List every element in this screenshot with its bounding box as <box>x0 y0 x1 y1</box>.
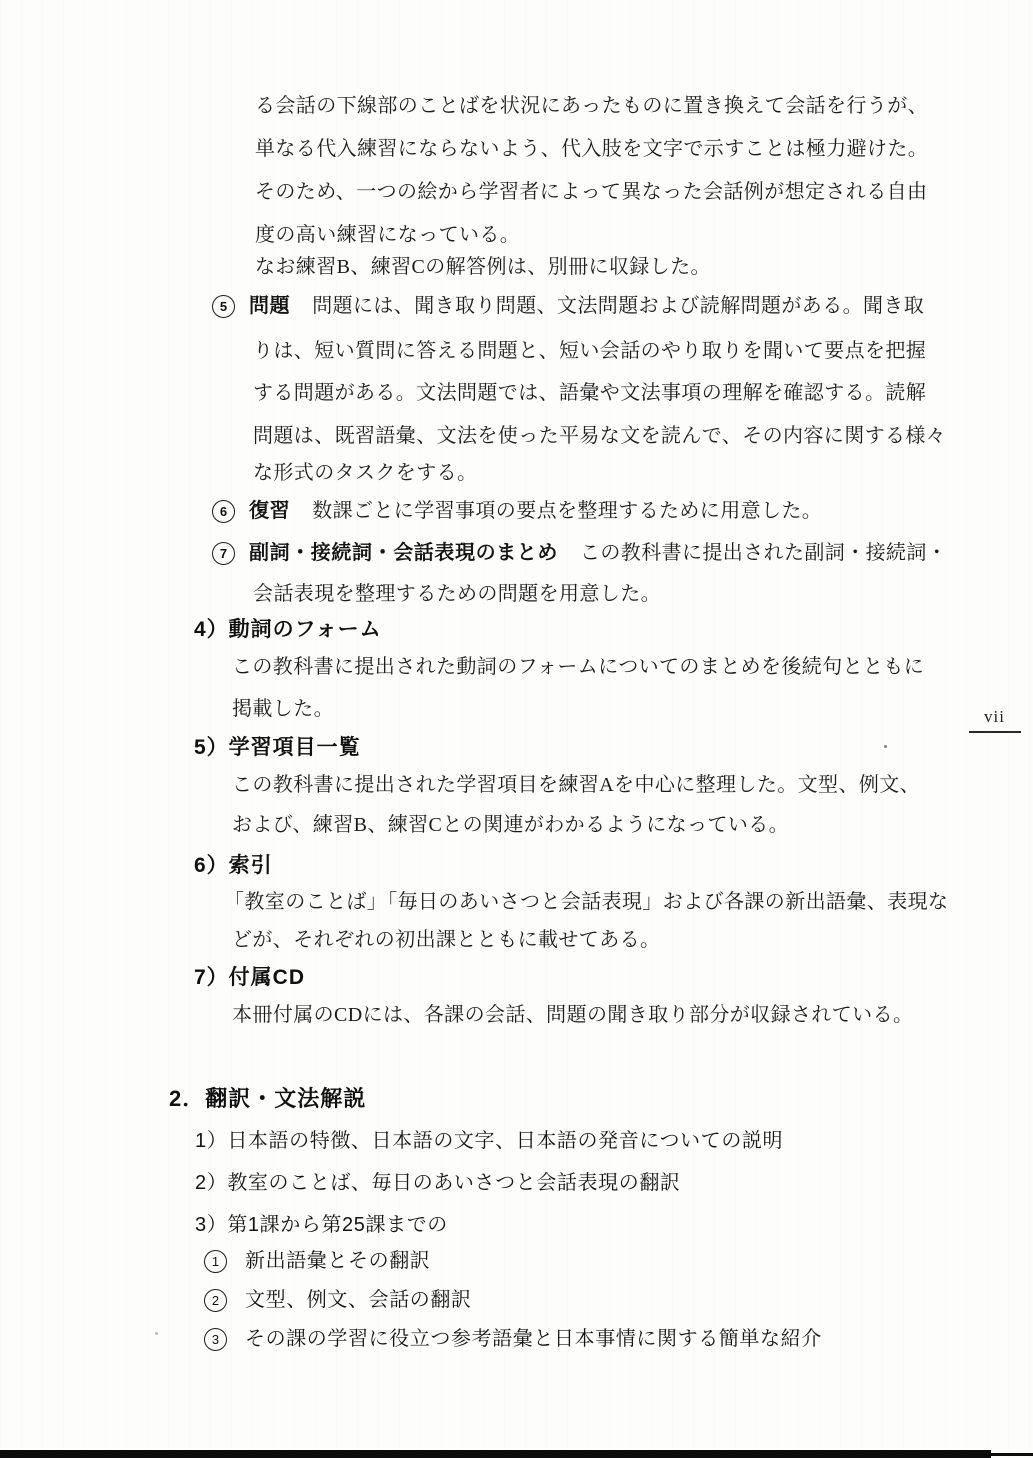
document-page: { "page_number": "vii", "intro": { "line… <box>0 0 1033 1458</box>
section-text-line: および、練習B、練習Cとの関連がわかるようになっている。 <box>232 811 789 839</box>
page-number: vii <box>984 703 1005 731</box>
scan-speck <box>884 745 887 748</box>
circled-number-1-icon: 1 <box>204 1250 227 1273</box>
section-text-line: この教科書に提出された学習項目を練習Aを中心に整理した。文型、例文、 <box>232 771 920 799</box>
subitem-text: その課の学習に役立つ参考語彙と日本事情に関する簡単な紹介 <box>245 1325 822 1353</box>
circled-number-7-icon: 7 <box>212 542 235 565</box>
section-text-line: どが、それぞれの初出課とともに載せてある。 <box>232 926 660 954</box>
list-subitem-1: 1 新出語彙とその翻訳 <box>204 1247 430 1275</box>
item-label: 副詞・接続詞・会話表現のまとめ <box>249 539 558 567</box>
list-subitem-2: 2 文型、例文、会話の翻訳 <box>204 1286 472 1314</box>
item-text: この教科書に提出された副詞・接続詞・ <box>580 539 947 567</box>
page-number-underline <box>969 731 1021 733</box>
section-text-line: 「教室のことば」「毎日のあいさつと会話表現」および各課の新出語彙、表現な <box>224 888 948 916</box>
section2-item: 3）第1課から第25課までの <box>195 1211 448 1239</box>
item-label: 復習 <box>249 497 290 525</box>
list-item-5: 5 問題 問題には、聞き取り問題、文法問題および読解問題がある。聞き取 <box>212 292 924 320</box>
section-heading-5: 5）学習項目一覧 <box>194 731 361 761</box>
section-heading-4: 4）動詞のフォーム <box>194 613 382 643</box>
item-text-line: な形式のタスクをする。 <box>253 459 477 487</box>
item-text: 数課ごとに学習事項の要点を整理するために用意した。 <box>312 497 822 525</box>
section-heading-2: 2．翻訳・文法解説 <box>169 1082 366 1113</box>
section-text-line: この教科書に提出された動詞のフォームについてのまとめを後続句とともに <box>232 653 924 681</box>
section-heading-7: 7）付属CD <box>194 961 305 991</box>
page-bottom-edge-thin <box>985 1453 1033 1456</box>
circled-number-2-icon: 2 <box>204 1289 227 1312</box>
item-text-line: 会話表現を整理するための問題を用意した。 <box>253 580 661 608</box>
list-item-6: 6 復習 数課ごとに学習事項の要点を整理するために用意した。 <box>212 497 822 525</box>
item-text-line: りは、短い質問に答える問題と、短い会話のやり取りを聞いて要点を把握 <box>253 337 926 365</box>
section-text-line: 掲載した。 <box>232 695 334 723</box>
item-text-line: する問題がある。文法問題では、語彙や文法事項の理解を確認する。読解 <box>253 379 926 407</box>
intro-note-line: なお練習B、練習Cの解答例は、別冊に収録した。 <box>255 253 711 281</box>
list-item-7: 7 副詞・接続詞・会話表現のまとめ この教科書に提出された副詞・接続詞・ <box>212 539 947 567</box>
subitem-text: 新出語彙とその翻訳 <box>245 1247 430 1275</box>
item-text-line: 問題は、既習語彙、文法を使った平易な文を読んで、その内容に関する様々 <box>253 422 946 450</box>
intro-line: る会話の下線部のことばを状況にあったものに置き換えて会話を行うが、 <box>255 92 928 120</box>
section-text-line: 本冊付属のCDには、各課の会話、問題の聞き取り部分が収録されている。 <box>232 1001 913 1029</box>
subitem-text: 文型、例文、会話の翻訳 <box>245 1286 472 1314</box>
item-label: 問題 <box>249 292 290 320</box>
intro-line: 単なる代入練習にならないよう、代入肢を文字で示すことは極力避けた。 <box>255 135 928 163</box>
section-heading-6: 6）索引 <box>194 849 273 879</box>
intro-line: 度の高い練習になっている。 <box>255 221 520 249</box>
page-bottom-edge <box>0 1450 991 1458</box>
scan-speck <box>155 1332 158 1335</box>
circled-number-3-icon: 3 <box>204 1328 227 1351</box>
section2-item: 2）教室のことば、毎日のあいさつと会話表現の翻訳 <box>195 1169 681 1197</box>
circled-number-5-icon: 5 <box>212 295 235 318</box>
item-text: 問題には、聞き取り問題、文法問題および読解問題がある。聞き取 <box>312 292 924 320</box>
list-subitem-3: 3 その課の学習に役立つ参考語彙と日本事情に関する簡単な紹介 <box>204 1325 822 1353</box>
circled-number-6-icon: 6 <box>212 500 235 523</box>
section2-item: 1）日本語の特徴、日本語の文字、日本語の発音についての説明 <box>195 1127 783 1155</box>
intro-line: そのため、一つの絵から学習者によって異なった会話例が想定される自由 <box>255 178 927 206</box>
